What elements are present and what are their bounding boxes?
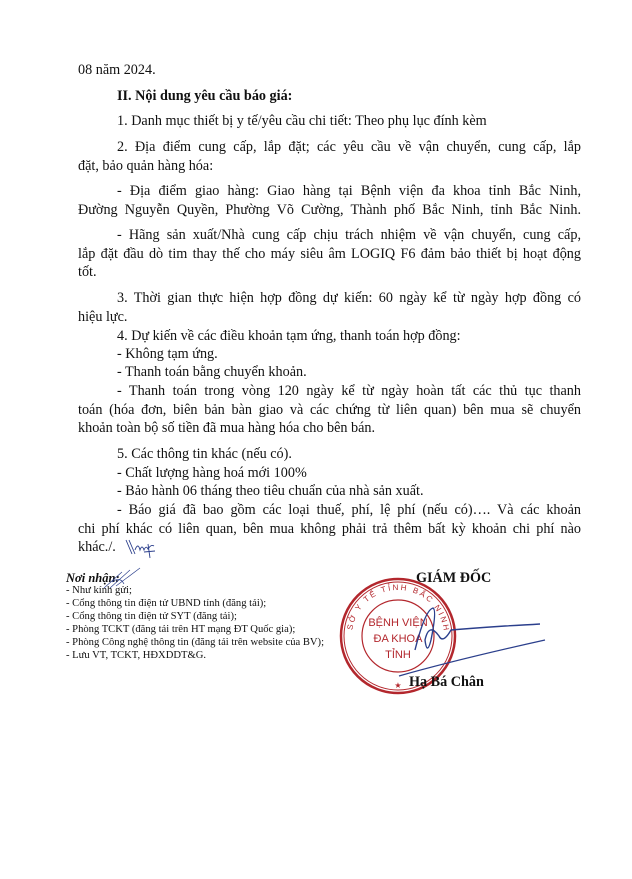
recipient-item: - Như kính gửi; xyxy=(66,585,132,597)
delivery-line-1: - Địa điểm giao hàng: Giao hàng tại Bệnh… xyxy=(117,183,581,200)
quality: - Chất lượng hàng hoá mới 100% xyxy=(117,465,307,482)
recipient-item: - Lưu VT, TCKT, HĐXDDT&G. xyxy=(66,650,206,662)
payment-line-2: toán (hóa đơn, biên bản bàn giao và các … xyxy=(78,402,581,419)
item-5: 5. Các thông tin khác (nếu có). xyxy=(117,446,292,463)
item-3-line-1: 3. Thời gian thực hiện hợp đồng dự kiến:… xyxy=(117,290,581,307)
transfer: - Thanh toán bằng chuyển khoản. xyxy=(117,364,307,381)
date-tail: 08 năm 2024. xyxy=(78,62,156,79)
item-2-line-2: đặt, bảo quản hàng hóa: xyxy=(78,158,213,175)
svg-text:★: ★ xyxy=(394,681,401,690)
item-1: 1. Danh mục thiết bị y tế/yêu cầu chi ti… xyxy=(117,113,487,130)
warranty: - Bảo hành 06 tháng theo tiêu chuẩn của … xyxy=(117,483,424,500)
director-signature-icon xyxy=(395,600,555,680)
recipient-item: - Phòng Công nghệ thông tin (đăng tải tr… xyxy=(66,637,324,649)
item-2-line-1: 2. Địa điểm cung cấp, lắp đặt; các yêu c… xyxy=(117,139,581,156)
supplier-line-2: lắp đặt đầu dò tim thay thế cho máy siêu… xyxy=(78,246,581,263)
quote-line-1: - Báo giá đã bao gồm các loại thuế, phí,… xyxy=(117,502,581,519)
payment-line-1: - Thanh toán trong vòng 120 ngày kể từ n… xyxy=(117,383,581,400)
recipient-item: - Cổng thông tin điện tử SYT (đăng tải); xyxy=(66,611,237,623)
section-title: II. Nội dung yêu cầu báo giá: xyxy=(117,88,292,105)
supplier-line-1: - Hãng sản xuất/Nhà cung cấp chịu trách … xyxy=(117,227,581,244)
item-4: 4. Dự kiến về các điều khoản tạm ứng, th… xyxy=(117,328,461,345)
payment-line-3: khoản toàn bộ số tiền đã mua hàng hóa ch… xyxy=(78,420,375,437)
delivery-line-2: Đường Nguyễn Quyền, Phường Võ Cường, Thà… xyxy=(78,202,581,219)
item-3-line-2: hiệu lực. xyxy=(78,309,127,326)
supplier-line-3: tốt. xyxy=(78,264,97,281)
recipient-item: - Phòng TCKT (đăng tải trên HT mạng ĐT Q… xyxy=(66,624,295,636)
initial-signature-icon xyxy=(124,536,158,560)
quote-line-3: khác./. xyxy=(78,539,116,556)
director-name: Hạ Bá Chân xyxy=(409,674,484,691)
recipient-item: - Cổng thông tin điện tử UBND tỉnh (đăng… xyxy=(66,598,266,610)
no-advance: - Không tạm ứng. xyxy=(117,346,218,363)
document-page: 08 năm 2024. II. Nội dung yêu cầu báo gi… xyxy=(0,0,632,879)
